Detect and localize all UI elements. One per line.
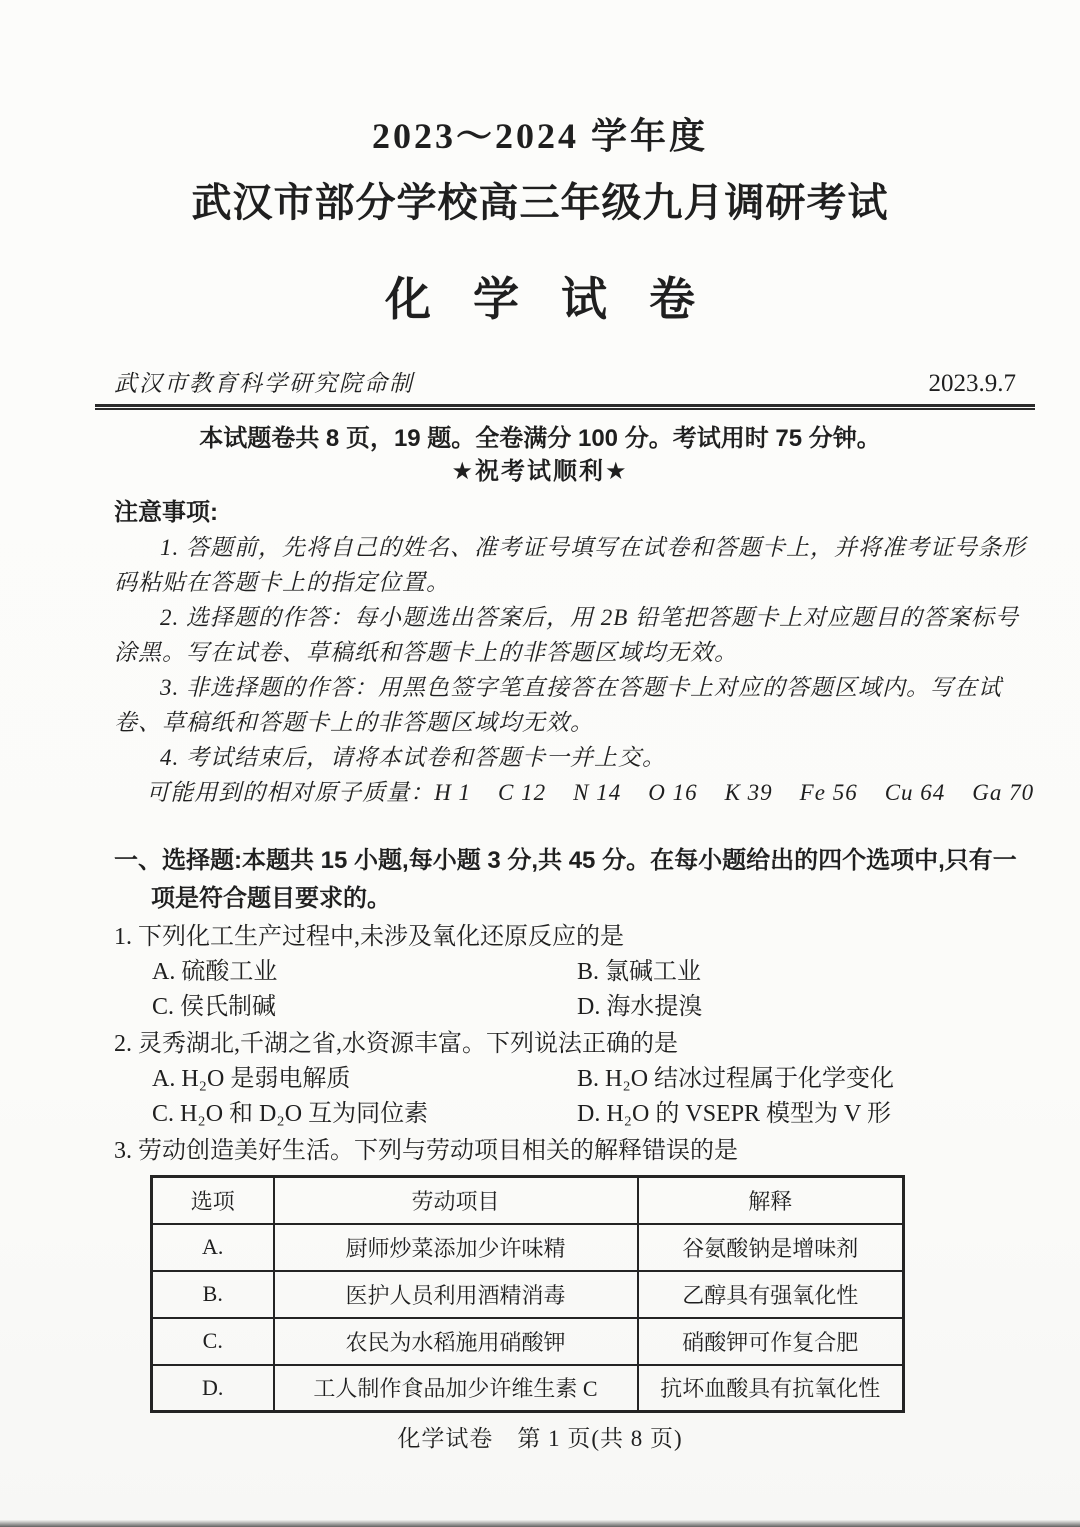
table-header-explanation: 解释 <box>638 1177 904 1224</box>
question-3-stem: 3. 劳动创造美好生活。下列与劳动项目相关的解释错误的是 <box>114 1134 1040 1169</box>
table-cell-option: C. <box>152 1318 274 1365</box>
notices-heading: 注意事项: <box>114 496 1036 530</box>
notice-item-1: 1. 答题前，先将自己的姓名、准考证号填写在试卷和答题卡上，并将准考证号条形码粘… <box>114 530 1036 600</box>
notice-item-3: 3. 非选择题的作答：用黑色签字笔直接答在答题卡上对应的答题区域内。写在试卷、草… <box>114 670 1036 740</box>
table-cell-option: A. <box>152 1224 274 1271</box>
table-cell-explanation: 硝酸钾可作复合肥 <box>638 1318 904 1365</box>
question-2-options-row-2: C. H₂O 和 D₂O 互为同位素 D. H₂O 的 VSEPR 模型为 V … <box>114 1097 1040 1132</box>
question-1-option-d: D. 海水提溴 <box>577 990 1040 1025</box>
subject-title: 化学试卷 <box>0 272 1080 328</box>
table-cell-explanation: 抗坏血酸具有抗氧化性 <box>638 1365 904 1412</box>
notice-item-2: 2. 选择题的作答：每小题选出答案后，用 2B 铅笔把答题卡上对应题目的答案标号… <box>114 600 1036 670</box>
table-cell-explanation: 乙醇具有强氧化性 <box>638 1271 904 1318</box>
table-cell-explanation: 谷氨酸钠是增味剂 <box>638 1224 904 1271</box>
scan-bottom-edge <box>0 1520 1080 1527</box>
good-luck-line: ★祝考试顺利★ <box>0 458 1080 486</box>
byline-row: 武汉市教育科学研究院命制 2023.9.7 <box>114 368 1016 400</box>
question-1-option-b: B. 氯碱工业 <box>577 955 1040 990</box>
question-2-option-a: A. H₂O 是弱电解质 <box>152 1062 577 1097</box>
issuer-label: 武汉市教育科学研究院命制 <box>114 368 414 400</box>
question-2-option-c: C. H₂O 和 D₂O 互为同位素 <box>152 1097 577 1132</box>
page-number-footer: 化学试卷 第 1 页(共 8 页) <box>0 1423 1080 1455</box>
question-2-text: 灵秀湖北,千湖之省,水资源丰富。下列说法正确的是 <box>138 1031 678 1057</box>
question-1-number: 1. <box>114 924 132 950</box>
question-2-number: 2. <box>114 1031 132 1057</box>
exam-title: 武汉市部分学校高三年级九月调研考试 <box>0 178 1080 228</box>
table-row: C. 农民为水稻施用硝酸钾 硝酸钾可作复合肥 <box>152 1318 904 1365</box>
table-header-row: 选项 劳动项目 解释 <box>152 1177 904 1224</box>
table-cell-option: D. <box>152 1365 274 1412</box>
table-cell-labor-item: 厨师炒菜添加少许味精 <box>274 1224 638 1271</box>
atomic-masses-line: 可能用到的相对原子质量：H 1 C 12 N 14 O 16 K 39 Fe 5… <box>114 775 1036 810</box>
question-3-number: 3. <box>114 1138 132 1164</box>
question-1-options-row-2: C. 侯氏制碱 D. 海水提溴 <box>114 990 1040 1025</box>
school-year-title: 2023～2024 学年度 <box>0 114 1080 158</box>
notices-section: 注意事项: 1. 答题前，先将自己的姓名、准考证号填写在试卷和答题卡上，并将准考… <box>114 496 1036 810</box>
question-1-option-a: A. 硫酸工业 <box>152 955 577 990</box>
table-row: A. 厨师炒菜添加少许味精 谷氨酸钠是增味剂 <box>152 1224 904 1271</box>
table-header-option: 选项 <box>152 1177 274 1224</box>
table-cell-labor-item: 工人制作食品加少许维生素 C <box>274 1365 638 1412</box>
table-row: B. 医护人员利用酒精消毒 乙醇具有强氧化性 <box>152 1271 904 1318</box>
question-1: 1. 下列化工生产过程中,未涉及氧化还原反应的是 A. 硫酸工业 B. 氯碱工业… <box>114 920 1040 1025</box>
question-1-option-c: C. 侯氏制碱 <box>152 990 577 1025</box>
question-2-stem: 2. 灵秀湖北,千湖之省,水资源丰富。下列说法正确的是 <box>114 1027 1040 1062</box>
question-1-stem: 1. 下列化工生产过程中,未涉及氧化还原反应的是 <box>114 920 1040 955</box>
table-cell-labor-item: 农民为水稻施用硝酸钾 <box>274 1318 638 1365</box>
table-cell-option: B. <box>152 1271 274 1318</box>
table-header-labor-item: 劳动项目 <box>274 1177 638 1224</box>
question-1-options-row-1: A. 硫酸工业 B. 氯碱工业 <box>114 955 1040 990</box>
exam-info-line: 本试题卷共 8 页，19 题。全卷满分 100 分。考试用时 75 分钟。 <box>0 423 1080 455</box>
question-3-table: 选项 劳动项目 解释 A. 厨师炒菜添加少许味精 谷氨酸钠是增味剂 B. 医护人… <box>150 1175 905 1413</box>
question-3-text: 劳动创造美好生活。下列与劳动项目相关的解释错误的是 <box>138 1138 738 1164</box>
question-2-option-b: B. H₂O 结冰过程属于化学变化 <box>577 1062 1040 1097</box>
question-2-option-d: D. H₂O 的 VSEPR 模型为 V 形 <box>577 1097 1040 1132</box>
question-3: 3. 劳动创造美好生活。下列与劳动项目相关的解释错误的是 <box>114 1134 1040 1169</box>
header-divider <box>95 404 1035 410</box>
exam-paper-page: 2023～2024 学年度 武汉市部分学校高三年级九月调研考试 化学试卷 武汉市… <box>0 0 1080 1527</box>
question-1-text: 下列化工生产过程中,未涉及氧化还原反应的是 <box>138 924 624 950</box>
table-cell-labor-item: 医护人员利用酒精消毒 <box>274 1271 638 1318</box>
exam-date: 2023.9.7 <box>929 368 1017 400</box>
question-2-options-row-1: A. H₂O 是弱电解质 B. H₂O 结冰过程属于化学变化 <box>114 1062 1040 1097</box>
section-one-heading: 一、选择题:本题共 15 小题,每小题 3 分,共 45 分。在每小题给出的四个… <box>114 842 1040 918</box>
table-row: D. 工人制作食品加少许维生素 C 抗坏血酸具有抗氧化性 <box>152 1365 904 1412</box>
notice-item-4: 4. 考试结束后，请将本试卷和答题卡一并上交。 <box>114 740 1036 775</box>
question-2: 2. 灵秀湖北,千湖之省,水资源丰富。下列说法正确的是 A. H₂O 是弱电解质… <box>114 1027 1040 1132</box>
